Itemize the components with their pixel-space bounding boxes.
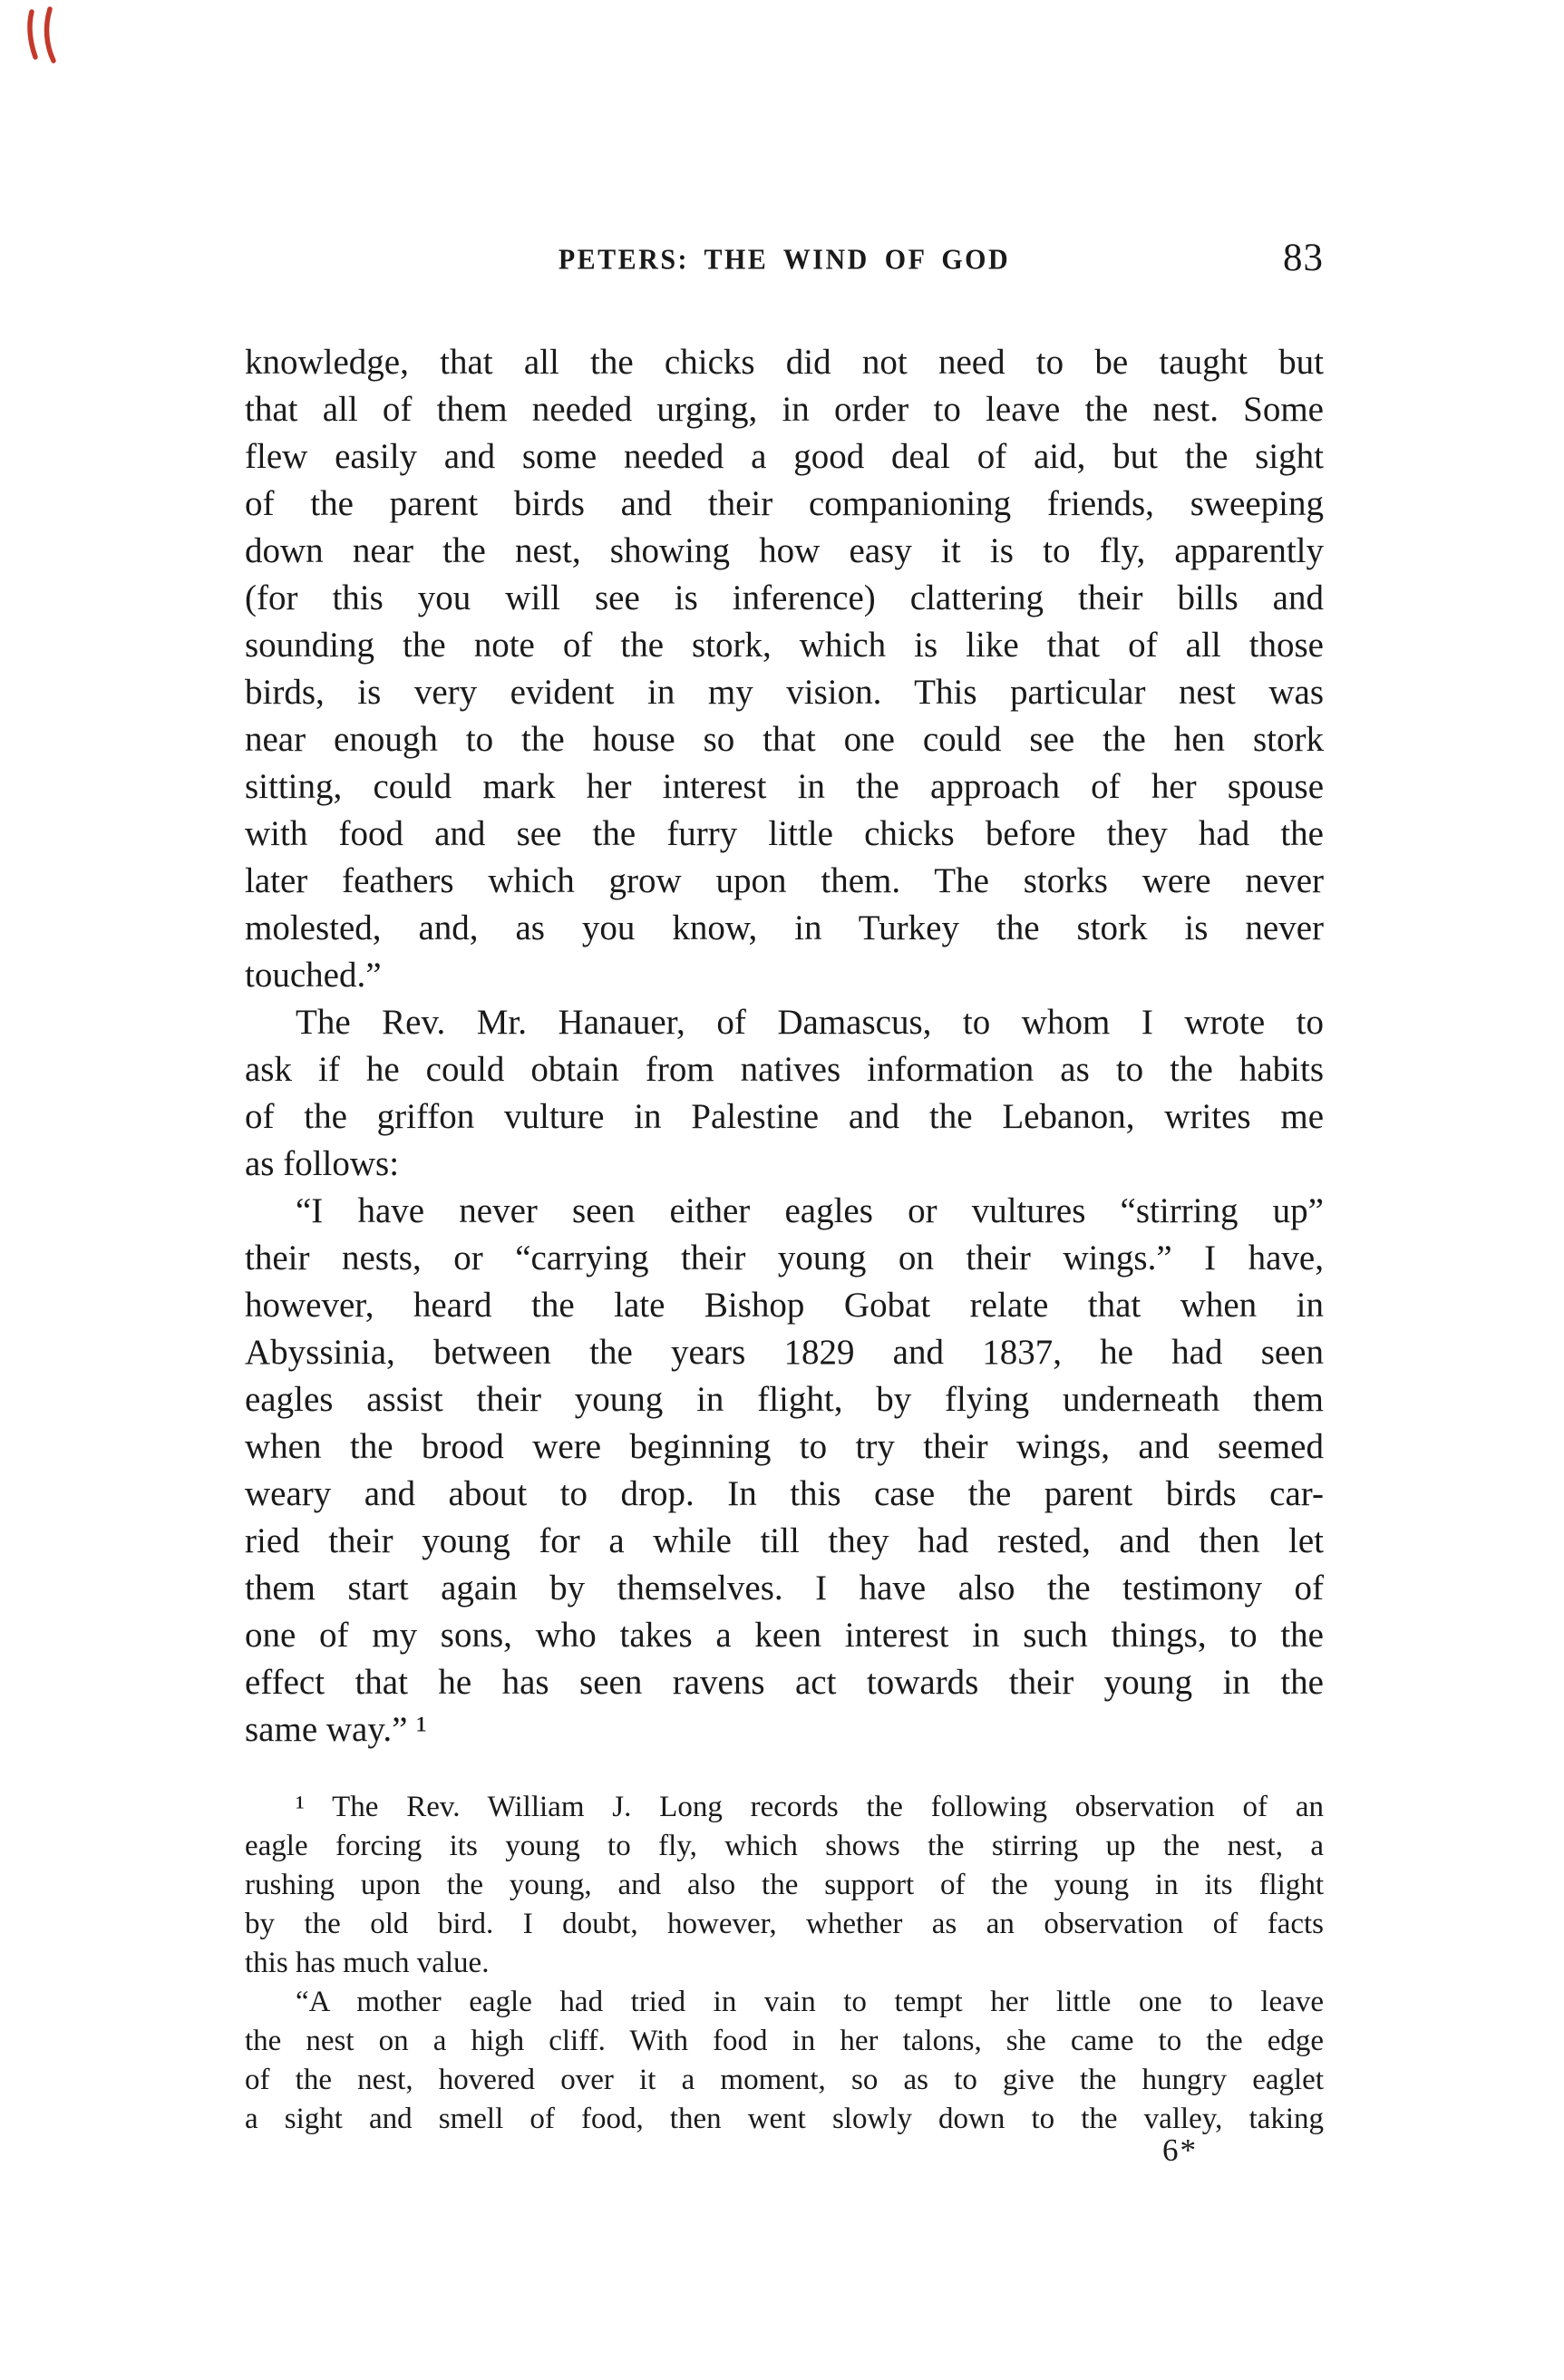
body-line: birds, is very evident in my vision. Thi… [245,669,1324,716]
footnote: ¹ The Rev. William J. Long records the f… [245,1788,1324,2139]
body-line: flew easily and some needed a good deal … [245,433,1324,481]
body-line: one of my sons, who takes a keen interes… [245,1612,1324,1659]
running-header-title: PETERS: THE WIND OF GOD [245,244,1324,277]
running-header: PETERS: THE WIND OF GOD 83 [245,245,1324,285]
body-line: of the griffon vulture in Palestine and … [245,1093,1324,1141]
body-line: of the parent birds and their companioni… [245,481,1324,528]
body-line: The Rev. Mr. Hanauer, of Damascus, to wh… [245,999,1324,1046]
body-line: when the brood were beginning to try the… [245,1423,1324,1471]
signature-mark: 6* [1162,2132,1198,2169]
body-line: weary and about to drop. In this case th… [245,1471,1324,1518]
body-line: knowledge, that all the chicks did not n… [245,339,1324,386]
body-line: later feathers which grow upon them. The… [245,858,1324,905]
footnote-line: ¹ The Rev. William J. Long records the f… [245,1788,1324,1827]
body-line: down near the nest, showing how easy it … [245,528,1324,575]
body-line: however, heard the late Bishop Gobat rel… [245,1282,1324,1329]
body-line: ask if he could obtain from natives info… [245,1046,1324,1093]
body-line: molested, and, as you know, in Turkey th… [245,905,1324,952]
body-line: that all of them needed urging, in order… [245,386,1324,433]
body-line: same way.” ¹ [245,1706,1324,1753]
body-line: near enough to the house so that one cou… [245,716,1324,763]
body-line: their nests, or “carrying their young on… [245,1235,1324,1282]
footnote-line: rushing upon the young, and also the sup… [245,1866,1324,1905]
body-line: as follows: [245,1141,1324,1188]
body-line: with food and see the furry little chick… [245,811,1324,858]
body-line: touched.” [245,952,1324,999]
body-line: them start again by themselves. I have a… [245,1565,1324,1612]
body-line: ried their young for a while till they h… [245,1518,1324,1565]
footnote-line: by the old bird. I doubt, however, wheth… [245,1905,1324,1944]
footnote-line: this has much value. [245,1944,1324,1983]
red-pen-mark [22,5,76,69]
body-line: “I have never seen either eagles or vult… [245,1188,1324,1235]
book-page: PETERS: THE WIND OF GOD 83 knowledge, th… [0,0,1564,2380]
page-number: 83 [1283,236,1324,280]
body-line: (for this you will see is inference) cla… [245,575,1324,622]
body-line: Abyssinia, between the years 1829 and 18… [245,1329,1324,1376]
footnote-line: of the nest, hovered over it a moment, s… [245,2061,1324,2100]
body-line: sounding the note of the stork, which is… [245,622,1324,669]
footnote-line: eagle forcing its young to fly, which sh… [245,1827,1324,1866]
body-line: sitting, could mark her interest in the … [245,763,1324,811]
body-text: knowledge, that all the chicks did not n… [245,339,1324,1753]
body-line: eagles assist their young in flight, by … [245,1376,1324,1423]
footnote-line: the nest on a high cliff. With food in h… [245,2022,1324,2061]
body-line: effect that he has seen ravens act towar… [245,1659,1324,1706]
footnote-line: “A mother eagle had tried in vain to tem… [245,1983,1324,2022]
